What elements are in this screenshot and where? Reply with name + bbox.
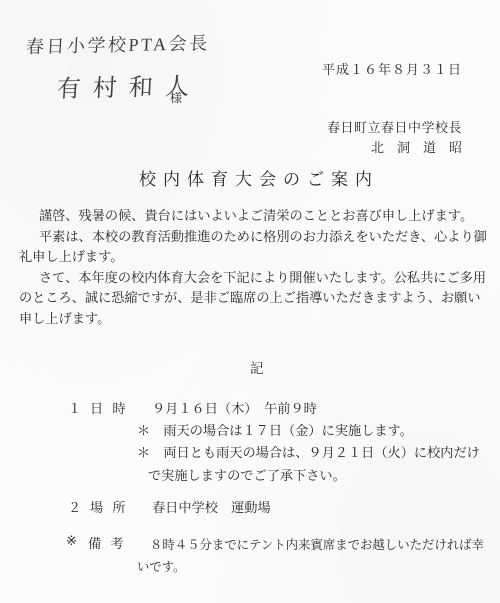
item-number: １ bbox=[68, 398, 81, 417]
record-marker: 記 bbox=[250, 357, 264, 377]
item-label-place: 場 所 bbox=[90, 497, 124, 516]
recipient-org-title: 春日小学校PTA会長 bbox=[25, 29, 210, 59]
paragraph-invitation: さて、本年度の校内体育大会を下記により開催いたします。公私共にご多用のところ、誠… bbox=[19, 268, 489, 330]
body-text: 謹啓、残暑の候、貴台にはいよいよご清栄のこととお喜び申し上げます。 平素は、本校… bbox=[19, 206, 489, 330]
rain-note-1: ＊ 雨天の場合は１７日（金）に実施します。 bbox=[137, 420, 484, 442]
sender-name: 北 洞 道 昭 bbox=[371, 137, 462, 156]
paragraph-greeting: 謹啓、残暑の候、貴台にはいよいよご清栄のこととお喜び申し上げます。 bbox=[19, 206, 489, 227]
scanned-letter-page: 春日小学校PTA会長 有 村 和 人 様 平成１６年８月３１日 春日町立春日中学… bbox=[0, 0, 500, 603]
item-value-datetime: ９月１６日（木） 午前９時 bbox=[152, 398, 317, 417]
remark-text: ８時４５分までにテント内来賓席までお越しいただければ幸いです。 bbox=[137, 534, 489, 578]
rain-note-2: ＊ 両日とも雨天の場合は、９月２１日（火）に校内だけで実施しますのでご了承下さい… bbox=[137, 442, 484, 487]
document-date: 平成１６年８月３１日 bbox=[322, 59, 462, 78]
remark-marker: ※ bbox=[66, 533, 77, 549]
item-number: ２ bbox=[68, 497, 81, 516]
sender-title: 春日町立春日中学校長 bbox=[327, 117, 462, 136]
item-place-row: ２ 場 所 春日中学校 運動場 bbox=[0, 497, 500, 517]
item-label-datetime: 日 時 bbox=[90, 398, 124, 417]
document-title: 校内体育大会のご案内 bbox=[0, 165, 500, 190]
remark-label: 備 考 bbox=[88, 533, 122, 552]
paragraph-thanks: 平素は、本校の教育活動推進のために格別のお力添えをいただき、心より御礼申し上げま… bbox=[19, 227, 489, 268]
recipient-honorific: 様 bbox=[170, 89, 182, 106]
item-datetime-row: １ 日 時 ９月１６日（木） 午前９時 bbox=[0, 398, 500, 418]
rain-notes: ＊ 雨天の場合は１７日（金）に実施します。 ＊ 両日とも雨天の場合は、９月２１日… bbox=[137, 420, 484, 487]
item-value-place: 春日中学校 運動場 bbox=[152, 497, 271, 516]
